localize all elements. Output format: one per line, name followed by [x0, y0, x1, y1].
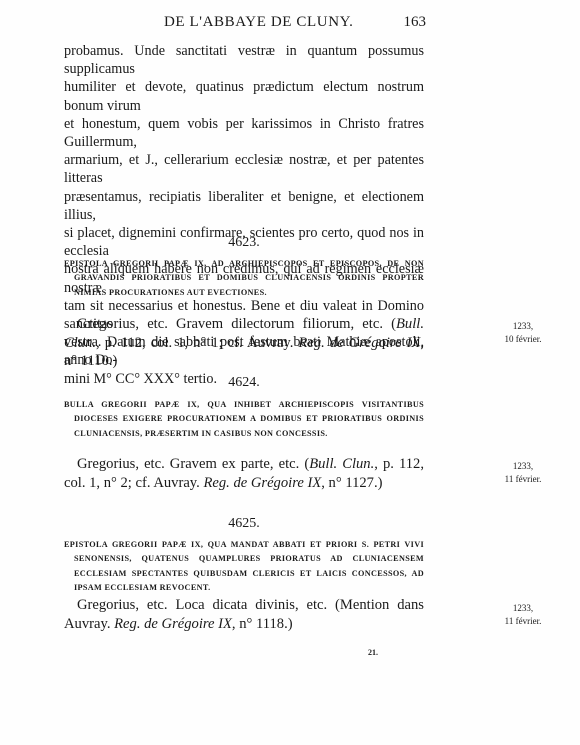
charter-entry: Gregorius, etc. Loca dicata divinis, etc… — [64, 596, 424, 633]
charter-summary: Bulla Gregorii papæ IX, qua inhibet arch… — [64, 398, 424, 441]
text-line: et honestum, quem vobis per karissimos i… — [64, 115, 424, 151]
date-day: 10 février. — [488, 333, 558, 346]
margin-date: 1233, 11 février. — [488, 460, 558, 486]
margin-date: 1233, 10 février. — [488, 320, 558, 346]
charter-entry: Gregorius, etc. Gravem ex parte, etc. (B… — [64, 455, 424, 492]
signature-mark: 21. — [368, 648, 378, 657]
date-day: 11 février. — [488, 473, 558, 486]
charter-number: 4624. — [64, 375, 424, 391]
text-line: humiliter et devote, quatinus prædictum … — [64, 78, 424, 114]
text-line: armarium, et J., cellerarium ecclesiæ no… — [64, 151, 424, 187]
running-title: DE L'ABBAYE DE CLUNY. — [164, 14, 353, 31]
charter-number: 4623. — [64, 235, 424, 251]
date-year: 1233, — [488, 320, 558, 333]
charter-entry: Gregorius, etc. Gravem dilectorum filior… — [64, 315, 424, 371]
charter-summary: Epistola Gregorii papæ IX, qua mandat ab… — [64, 538, 424, 595]
text-line: præsentamus, recipiatis liberaliter et b… — [64, 188, 424, 224]
date-day: 11 février. — [488, 615, 558, 628]
page-number: 163 — [404, 14, 427, 31]
book-page: DE L'ABBAYE DE CLUNY. 163 probamus. Unde… — [0, 0, 580, 745]
running-head: DE L'ABBAYE DE CLUNY. 163 — [64, 14, 424, 32]
margin-date: 1233, 11 février. — [488, 602, 558, 628]
date-year: 1233, — [488, 460, 558, 473]
charter-summary: Epistola Gregorii papæ IX, ad archiepisc… — [64, 257, 424, 300]
text-line: probamus. Unde sanctitati vestræ in quan… — [64, 42, 424, 78]
date-year: 1233, — [488, 602, 558, 615]
charter-number: 4625. — [64, 516, 424, 532]
